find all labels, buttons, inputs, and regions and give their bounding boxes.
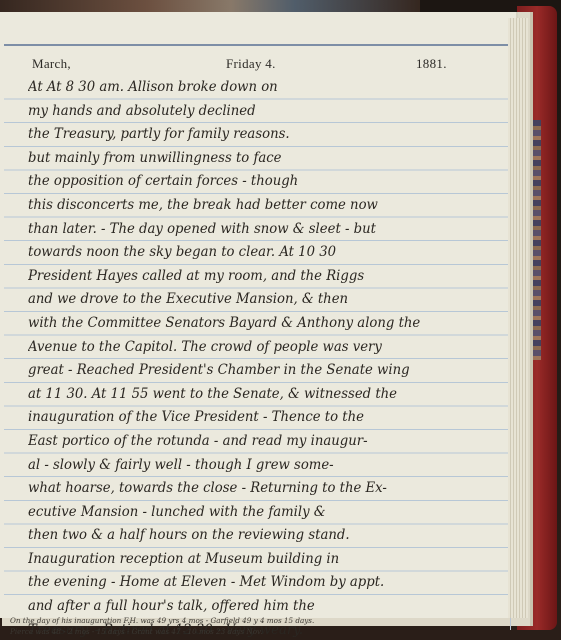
entry-line: the Treasury, partly for family reasons. (28, 123, 498, 147)
entry-line: President Hayes called at my room, and t… (28, 265, 498, 289)
header-day: Friday 4. (226, 56, 276, 72)
entry-line: the opposition of certain forces - thoug… (28, 170, 498, 194)
entry-line: at 11 30. At 11 55 went to the Senate, &… (28, 383, 498, 407)
entry-line: Inauguration reception at Museum buildin… (28, 548, 498, 572)
entry-line: and we drove to the Executive Mansion, &… (28, 288, 498, 312)
diary-page: March, Friday 4. 1881. At At 8 30 am. Al… (0, 12, 518, 618)
page-edges (508, 18, 528, 618)
entry-line: my hands and absolutely declined (28, 100, 498, 124)
entry-line: Avenue to the Capitol. The crowd of peop… (28, 336, 498, 360)
header-month: March, (32, 56, 71, 72)
page-header: March, Friday 4. 1881. (0, 56, 500, 76)
entry-line: the evening - Home at Eleven - Met Windo… (28, 571, 498, 595)
diary-entry: At At 8 30 am. Allison broke down on my … (28, 76, 508, 640)
footnote-line: Pierce was 48 - 2 mos - 15 days - Grant … (10, 626, 500, 637)
footnote-line: On the day of his inauguration F.H. was … (10, 615, 500, 626)
entry-line: then two & a half hours on the reviewing… (28, 524, 498, 548)
entry-line: great - Reached President's Chamber in t… (28, 359, 498, 383)
entry-line: than later. - The day opened with snow &… (28, 218, 498, 242)
entry-line: what hoarse, towards the close - Returni… (28, 477, 498, 501)
entry-line: East portico of the rotunda - and read m… (28, 430, 498, 454)
entry-line: ecutive Mansion - lunched with the famil… (28, 501, 498, 525)
entry-line: At At 8 30 am. Allison broke down on (28, 76, 498, 100)
header-year: 1881. (416, 56, 447, 72)
entry-line: inauguration of the Vice President - The… (28, 406, 498, 430)
entry-line: but mainly from unwillingness to face (28, 147, 498, 171)
entry-line: towards noon the sky began to clear. At … (28, 241, 498, 265)
entry-line: this disconcerts me, the break had bette… (28, 194, 498, 218)
entry-line: al - slowly & fairly well - though I gre… (28, 454, 498, 478)
entry-line: with the Committee Senators Bayard & Ant… (28, 312, 498, 336)
footnote: On the day of his inauguration F.H. was … (10, 615, 500, 637)
header-rule (4, 44, 520, 46)
